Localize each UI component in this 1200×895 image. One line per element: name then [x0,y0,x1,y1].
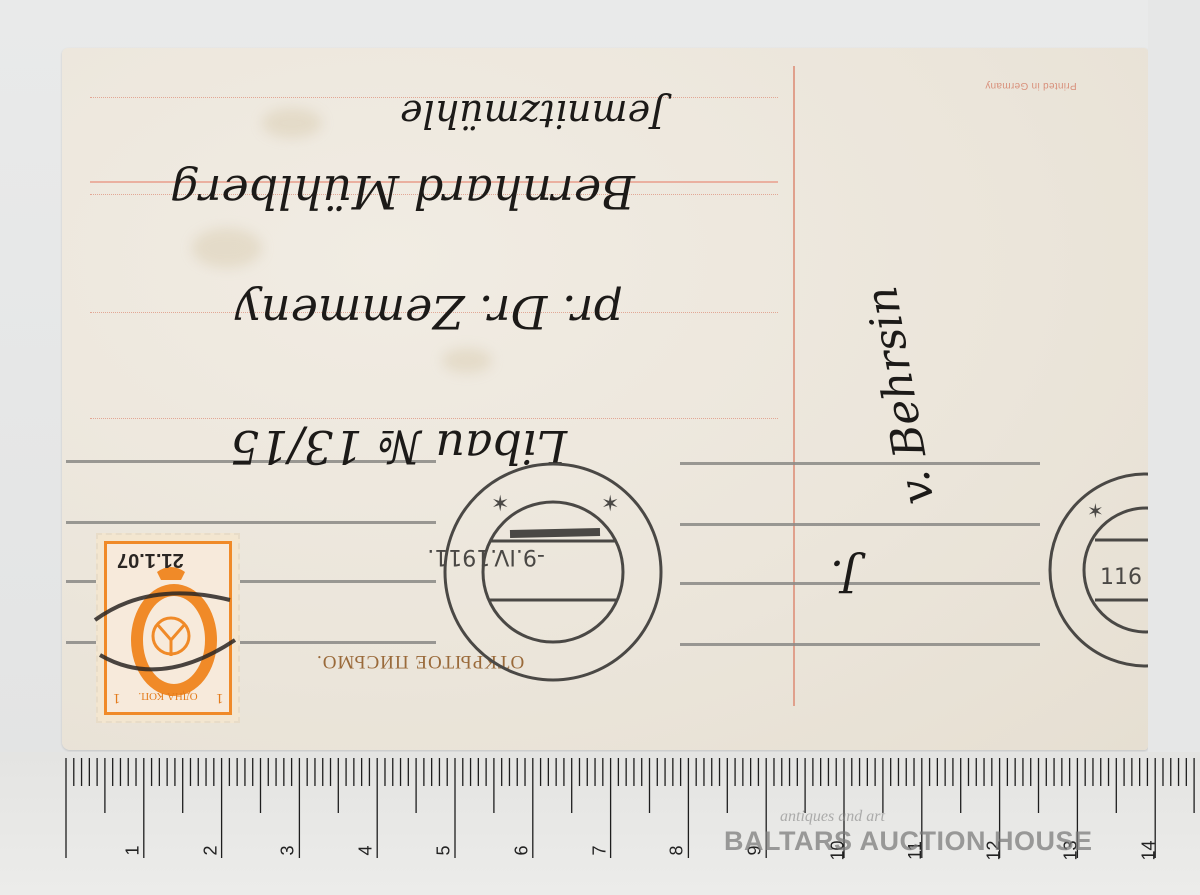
ruler-label: 14 [1139,840,1160,860]
ruler-label: 4 [356,845,377,855]
ruler-label: 5 [434,845,455,855]
background-right [1148,0,1200,752]
ruler-ticks [0,752,1200,895]
ruler-label: 2 [200,845,221,855]
svg-text:✶: ✶ [1087,499,1104,523]
ruler-label: 7 [589,845,610,855]
ruler-label: 3 [278,845,299,855]
watermark-tagline: antiques and art [780,808,885,826]
ruler-label: 6 [511,845,532,855]
measurement-ruler: 1234567891011121314 [0,752,1200,895]
svg-text:116: 116 [1100,565,1142,590]
watermark-name: BALTARS AUCTION HOUSE [724,826,1093,857]
ruler-label: 8 [667,845,688,855]
ruler-label: 1 [122,845,143,855]
